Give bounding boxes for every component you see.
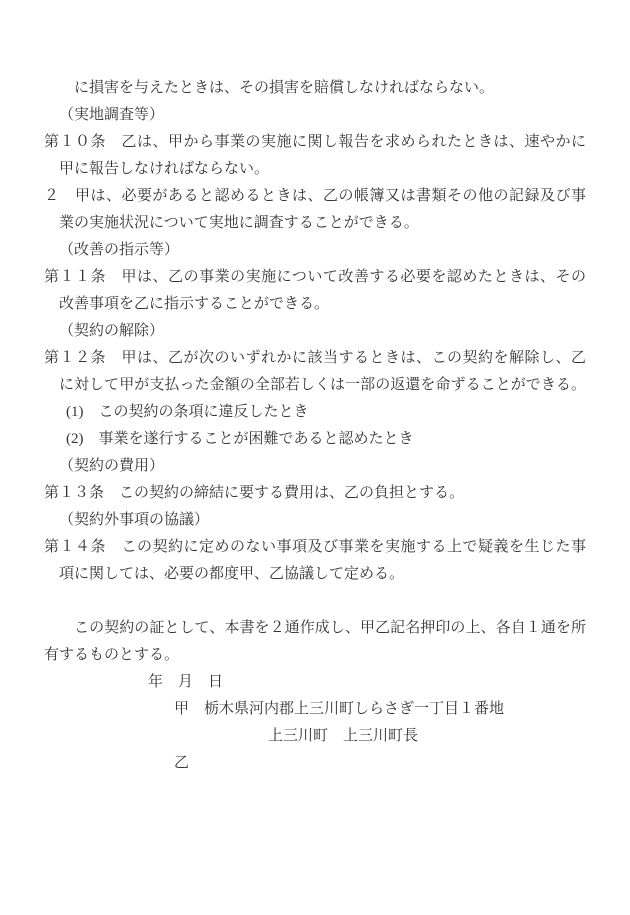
contract-text-block: に損害を与えたときは、その損害を賠償しなければならない。 （実地調査等） 第１０… [0, 0, 630, 777]
blank-line-spacer [44, 588, 586, 615]
article-12-item-2: (2) 事業を遂行することが困難であると認めたとき [44, 426, 586, 453]
party-otsu-line: 乙 [44, 750, 586, 777]
heading-improvement-instructions: （改善の指示等） [44, 237, 586, 264]
article-12-line-2: に対して甲が支払った金額の全部若しくは一部の返還を命ずることができる。 [44, 372, 586, 399]
article-12-line-1: 第１２条 甲は、乙が次のいずれかに該当するときは、この契約を解除し、乙 [44, 345, 586, 372]
closing-statement-line-2: 有するものとする。 [44, 642, 586, 669]
article-14-line-1: 第１４条 この契約に定めのない事項及び事業を実施する上で疑義を生じた事 [44, 534, 586, 561]
article-12-item-1: (1) この契約の条項に違反したとき [44, 399, 586, 426]
article-10-line-1: 第１０条 乙は、甲から事業の実施に関し報告を求められたときは、速やかに [44, 129, 586, 156]
heading-site-investigation: （実地調査等） [44, 102, 586, 129]
heading-contract-termination: （契約の解除） [44, 318, 586, 345]
party-kou-signer-line: 上三川町 上三川町長 [44, 723, 586, 750]
article-10-para-2-line-1: ２ 甲は、必要があると認めるときは、乙の帳簿又は書類その他の記録及び事 [44, 183, 586, 210]
heading-consultation: （契約外事項の協議） [44, 507, 586, 534]
article-10-para-2-line-2: 業の実施状況について実地に調査することができる。 [44, 210, 586, 237]
article-11-line-2: 改善事項を乙に指示することができる。 [44, 291, 586, 318]
party-kou-address-line: 甲 栃木県河内郡上三川町しらさぎ一丁目１番地 [44, 696, 586, 723]
closing-statement-line-1: この契約の証として、本書を２通作成し、甲乙記名押印の上、各自１通を所 [44, 615, 586, 642]
article-11-line-1: 第１１条 甲は、乙の事業の実施について改善する必要を認めたときは、その [44, 264, 586, 291]
article-13-line-1: 第１３条 この契約の締結に要する費用は、乙の負担とする。 [44, 480, 586, 507]
article-14-line-2: 項に関しては、必要の都度甲、乙協議して定める。 [44, 561, 586, 588]
contract-document-page: に損害を与えたときは、その損害を賠償しなければならない。 （実地調査等） 第１０… [0, 0, 630, 915]
continuation-damage-compensation: に損害を与えたときは、その損害を賠償しなければならない。 [44, 75, 586, 102]
heading-contract-expenses: （契約の費用） [44, 453, 586, 480]
date-line: 年 月 日 [44, 669, 586, 696]
article-10-line-2: 甲に報告しなければならない。 [44, 156, 586, 183]
